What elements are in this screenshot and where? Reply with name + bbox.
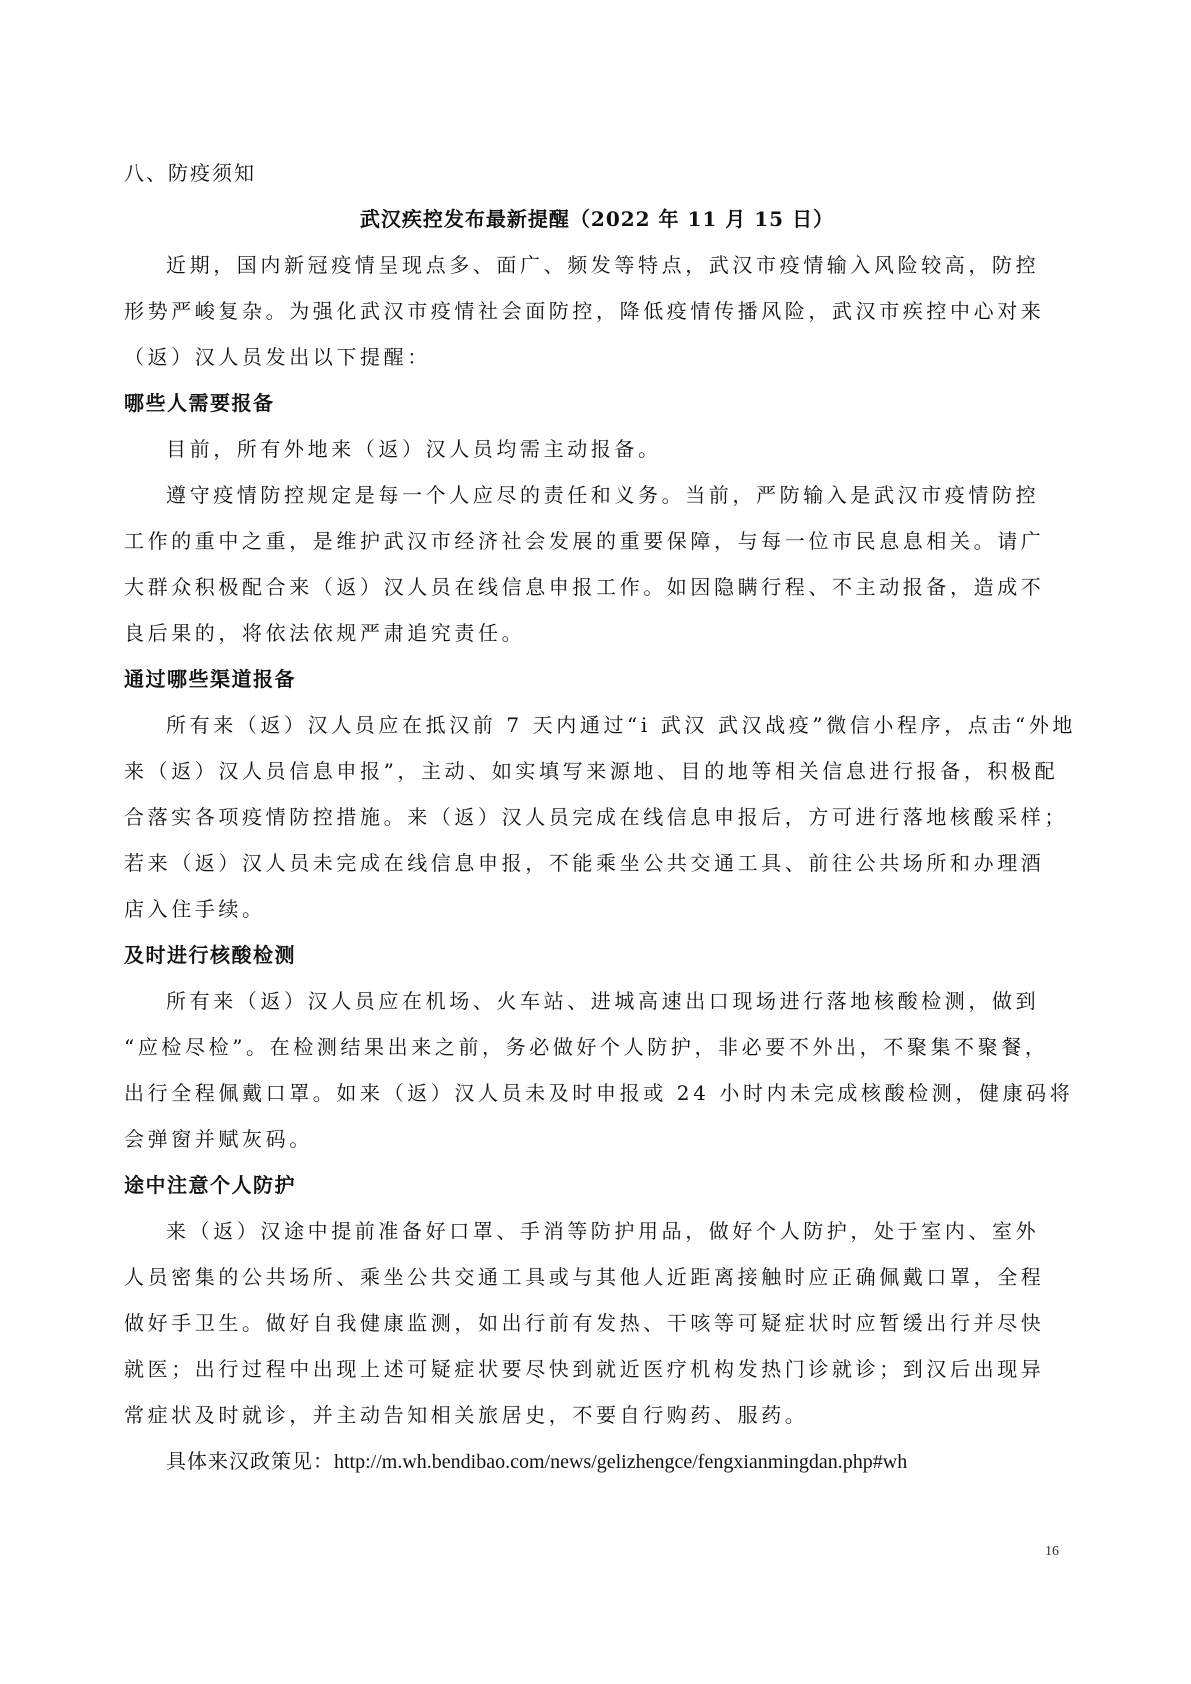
intro-line: 形势严峻复杂。为强化武汉市疫情社会面防控，降低疫情传播风险，武汉市疾控中心对来 (124, 288, 1070, 334)
paragraph-line: 出行全程佩戴口罩。如来（返）汉人员未及时申报或 24 小时内未完成核酸检测，健康… (124, 1070, 1070, 1116)
policy-line: 具体来汉政策见：http://m.wh.bendibao.com/news/ge… (124, 1438, 1070, 1484)
intro-line: 近期，国内新冠疫情呈现点多、面广、频发等特点，武汉市疫情输入风险较高，防控 (124, 242, 1070, 288)
subheading-channels: 通过哪些渠道报备 (124, 656, 1070, 702)
document-page: 八、防疫须知 武汉疾控发布最新提醒（2022 年 11 月 15 日） 近期，国… (124, 150, 1070, 1484)
document-title: 武汉疾控发布最新提醒（2022 年 11 月 15 日） (124, 196, 1070, 242)
paragraph-line: 目前，所有外地来（返）汉人员均需主动报备。 (124, 426, 1070, 472)
paragraph-line: 所有来（返）汉人员应在抵汉前 7 天内通过“i 武汉 武汉战疫”微信小程序，点击… (124, 702, 1070, 748)
paragraph-line: 遵守疫情防控规定是每一个人应尽的责任和义务。当前，严防输入是武汉市疫情防控 (124, 472, 1070, 518)
paragraph-line: 常症状及时就诊，并主动告知相关旅居史，不要自行购药、服药。 (124, 1392, 1070, 1438)
policy-url-link[interactable]: http://m.wh.bendibao.com/news/gelizhengc… (334, 1451, 907, 1473)
paragraph-line: 店入住手续。 (124, 886, 1070, 932)
section-heading: 八、防疫须知 (124, 150, 1070, 196)
subheading-who-reports: 哪些人需要报备 (124, 380, 1070, 426)
paragraph-line: 来（返）汉人员信息申报”，主动、如实填写来源地、目的地等相关信息进行报备，积极配 (124, 748, 1070, 794)
paragraph-line: 来（返）汉途中提前准备好口罩、手消等防护用品，做好个人防护，处于室内、室外 (124, 1208, 1070, 1254)
paragraph-line: 大群众积极配合来（返）汉人员在线信息申报工作。如因隐瞒行程、不主动报备，造成不 (124, 564, 1070, 610)
paragraph-line: 做好手卫生。做好自我健康监测，如出行前有发热、干咳等可疑症状时应暂缓出行并尽快 (124, 1300, 1070, 1346)
paragraph-line: 良后果的，将依法依规严肃追究责任。 (124, 610, 1070, 656)
paragraph-line: 若来（返）汉人员未完成在线信息申报，不能乘坐公共交通工具、前往公共场所和办理酒 (124, 840, 1070, 886)
page-number: 16 (1045, 1544, 1059, 1560)
subheading-protection: 途中注意个人防护 (124, 1162, 1070, 1208)
paragraph-line: 合落实各项疫情防控措施。来（返）汉人员完成在线信息申报后，方可进行落地核酸采样； (124, 794, 1070, 840)
subheading-testing: 及时进行核酸检测 (124, 932, 1070, 978)
paragraph-line: 会弹窗并赋灰码。 (124, 1116, 1070, 1162)
paragraph-line: 就医；出行过程中出现上述可疑症状要尽快到就近医疗机构发热门诊就诊；到汉后出现异 (124, 1346, 1070, 1392)
policy-label: 具体来汉政策见： (166, 1449, 334, 1473)
paragraph-line: 所有来（返）汉人员应在机场、火车站、进城高速出口现场进行落地核酸检测，做到 (124, 978, 1070, 1024)
paragraph-line: 人员密集的公共场所、乘坐公共交通工具或与其他人近距离接触时应正确佩戴口罩，全程 (124, 1254, 1070, 1300)
intro-line: （返）汉人员发出以下提醒： (124, 334, 1070, 380)
paragraph-line: 工作的重中之重，是维护武汉市经济社会发展的重要保障，与每一位市民息息相关。请广 (124, 518, 1070, 564)
paragraph-line: “应检尽检”。在检测结果出来之前，务必做好个人防护，非必要不外出，不聚集不聚餐， (124, 1024, 1070, 1070)
